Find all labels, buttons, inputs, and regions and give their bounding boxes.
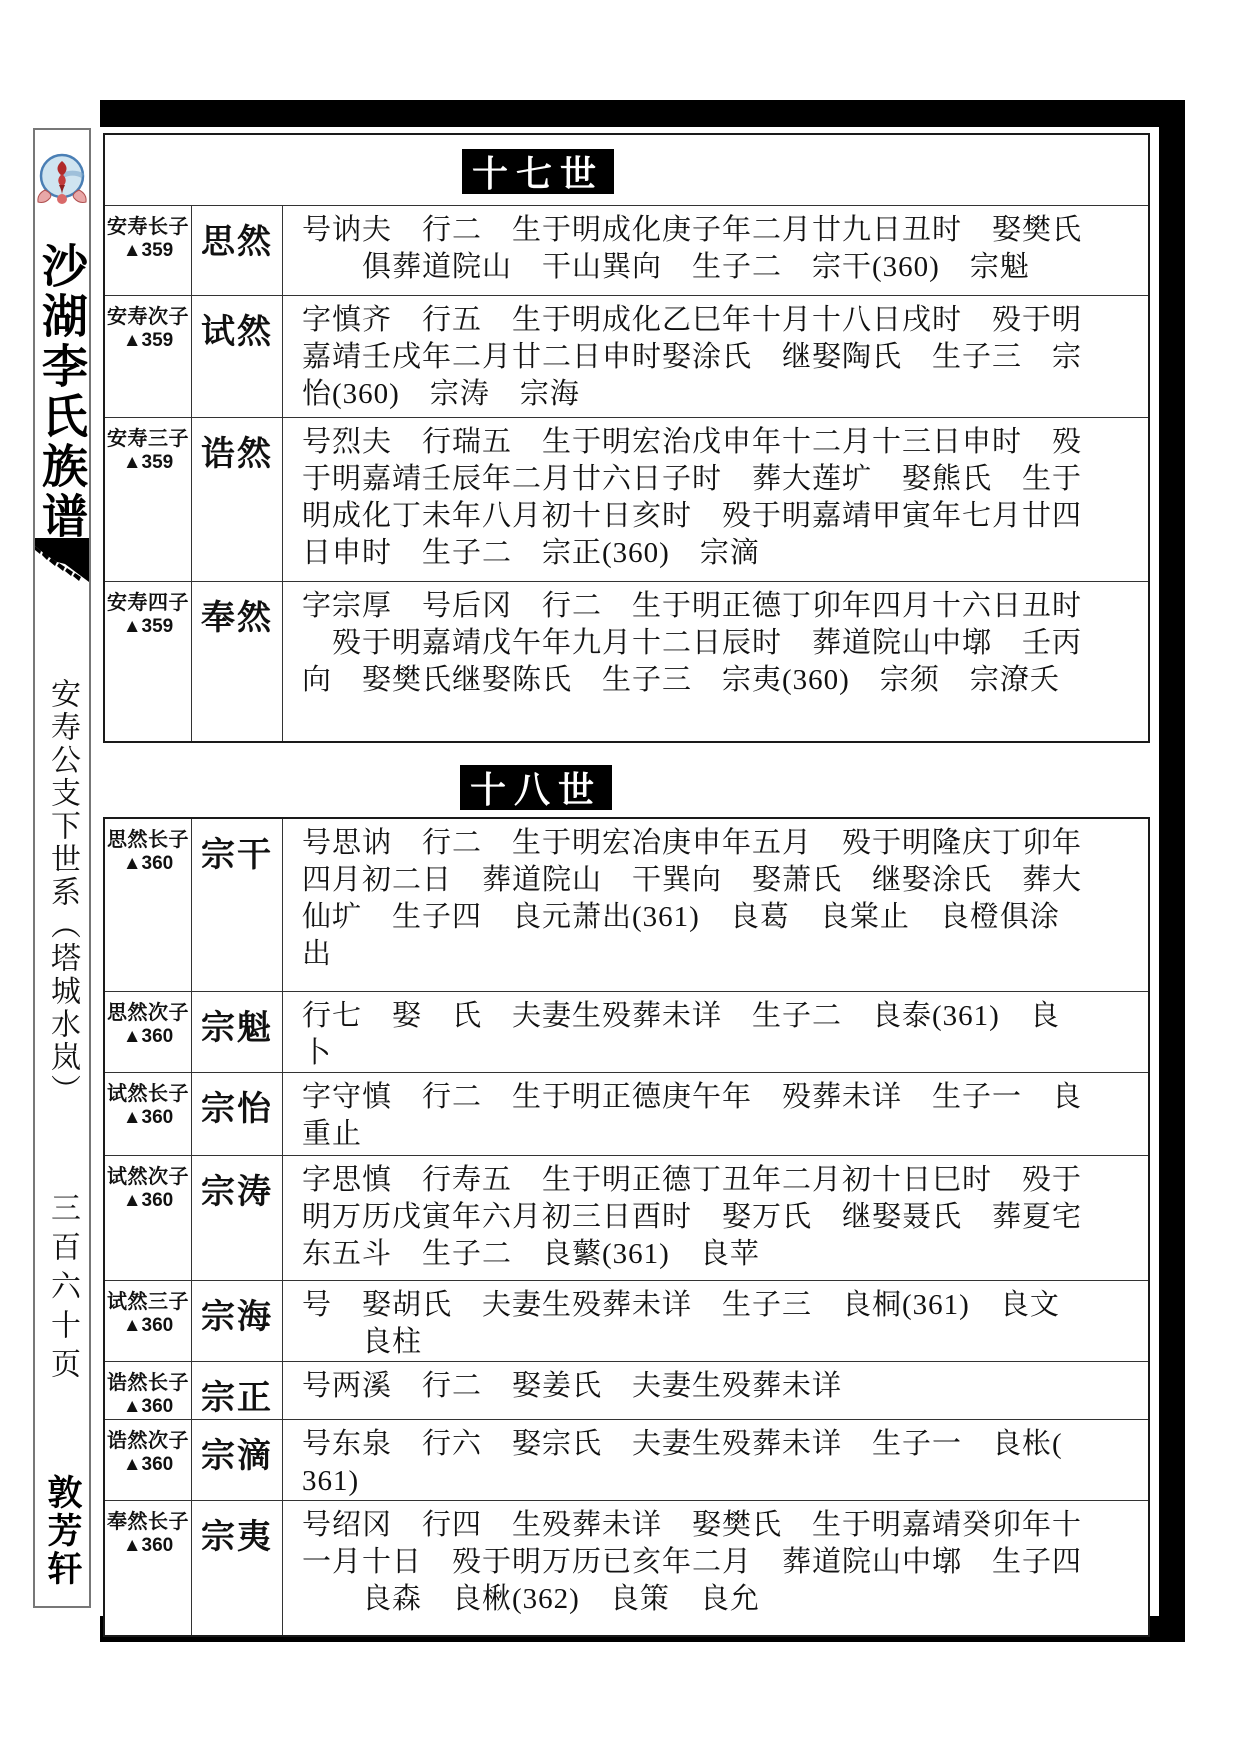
frame-top-bar — [100, 100, 1185, 127]
relation-label: 思然长子 — [105, 828, 191, 852]
person-record: 字宗厚 号后冈 行二 生于明正德丁卯年四月十六日丑时 殁于明嘉靖戊午年九月十二日… — [283, 582, 1148, 741]
person-record: 行七 娶 氏 夫妻生殁葬未详 生子二 良泰(361) 良 卜 — [283, 992, 1148, 1072]
page-ref: ▲359 — [105, 615, 191, 639]
person-record: 号烈夫 行瑞五 生于明宏治戊申年十二月十三日申时 殁 于明嘉靖壬辰年二月廿六日子… — [283, 418, 1148, 581]
table-row: 安寿次子 ▲359 试然 字慎齐 行五 生于明成化乙巳年十月十八日戌时 殁于明 … — [105, 296, 1148, 418]
relation-label: 试然长子 — [105, 1082, 191, 1106]
person-name: 试然 — [192, 296, 283, 417]
relation-label: 试然三子 — [105, 1290, 191, 1314]
person-name: 诰然 — [192, 418, 283, 581]
sidebar: 沙湖李氏族谱 安寿公支下世系（塔城水岚） 三百六十页 敦芳轩 — [33, 128, 91, 1608]
generation-18-table: 思然长子 ▲360 宗干 号思讷 行二 生于明宏冶庚申年五月 殁于明隆庆丁卯年 … — [103, 817, 1150, 1637]
person-record: 号思讷 行二 生于明宏冶庚申年五月 殁于明隆庆丁卯年 四月初二日 葬道院山 干巽… — [283, 819, 1148, 991]
generation-17-heading: 十七世 — [462, 149, 614, 194]
person-name: 宗正 — [192, 1362, 283, 1419]
relation-label: 安寿长子 — [105, 215, 191, 239]
generation-17-table: 十七世 安寿长子 ▲359 思然 号讷夫 行二 生于明成化庚子年二月廿九日丑时 … — [103, 133, 1150, 743]
relation-label: 诰然次子 — [105, 1429, 191, 1453]
relation-label: 安寿四子 — [105, 591, 191, 615]
table-row: 奉然长子 ▲360 宗夷 号绍冈 行四 生殁葬未详 娶樊氏 生于明嘉靖癸卯年十 … — [105, 1501, 1148, 1635]
person-record: 号讷夫 行二 生于明成化庚子年二月廿九日丑时 娶樊氏 俱葬道院山 干山巽向 生子… — [283, 206, 1148, 295]
page-ref: ▲360 — [105, 1106, 191, 1130]
ink-wedge-decoration — [35, 538, 89, 592]
person-name: 宗滴 — [192, 1420, 283, 1500]
person-record: 号两溪 行二 娶姜氏 夫妻生殁葬未详 — [283, 1362, 1148, 1419]
person-name: 宗涛 — [192, 1156, 283, 1280]
person-record: 号东泉 行六 娶宗氏 夫妻生殁葬未详 生子一 良枨( 361) — [283, 1420, 1148, 1500]
lineage-subtitle: 安寿公支下世系（塔城水岚） — [40, 678, 84, 1107]
person-name: 宗海 — [192, 1281, 283, 1361]
book-title: 沙湖李氏族谱 — [29, 242, 95, 542]
table-row: 安寿长子 ▲359 思然 号讷夫 行二 生于明成化庚子年二月廿九日丑时 娶樊氏 … — [105, 206, 1148, 296]
table-row: 诰然次子 ▲360 宗滴 号东泉 行六 娶宗氏 夫妻生殁葬未详 生子一 良枨( … — [105, 1420, 1148, 1501]
page-ref: ▲360 — [105, 1453, 191, 1477]
page-ref: ▲360 — [105, 1025, 191, 1049]
person-name: 宗干 — [192, 819, 283, 991]
table-row: 思然长子 ▲360 宗干 号思讷 行二 生于明宏冶庚申年五月 殁于明隆庆丁卯年 … — [105, 819, 1148, 992]
genealogy-page: 沙湖李氏族谱 安寿公支下世系（塔城水岚） 三百六十页 敦芳轩 十七世 安寿长子 … — [0, 0, 1240, 1754]
relation-label: 思然次子 — [105, 1001, 191, 1025]
page-ref: ▲359 — [105, 329, 191, 353]
generation-18-heading: 十八世 — [460, 765, 612, 810]
person-record: 号 娶胡氏 夫妻生殁葬未详 生子三 良桐(361) 良文 良柱 — [283, 1281, 1148, 1361]
table-row: 试然三子 ▲360 宗海 号 娶胡氏 夫妻生殁葬未详 生子三 良桐(361) 良… — [105, 1281, 1148, 1362]
clan-emblem-icon — [35, 152, 89, 212]
page-ref: ▲360 — [105, 1395, 191, 1419]
page-ref: ▲360 — [105, 1534, 191, 1558]
person-name: 思然 — [192, 206, 283, 295]
page-ref: ▲360 — [105, 852, 191, 876]
frame-right-bar — [1159, 100, 1185, 1642]
table-row: 思然次子 ▲360 宗魁 行七 娶 氏 夫妻生殁葬未详 生子二 良泰(361) … — [105, 992, 1148, 1073]
person-record: 字慎齐 行五 生于明成化乙巳年十月十八日戌时 殁于明 嘉靖壬戌年二月廿二日申时娶… — [283, 296, 1148, 417]
page-ref: ▲359 — [105, 239, 191, 263]
table-row: 安寿四子 ▲359 奉然 字宗厚 号后冈 行二 生于明正德丁卯年四月十六日丑时 … — [105, 582, 1148, 741]
relation-label: 诰然长子 — [105, 1371, 191, 1395]
table-row: 试然长子 ▲360 宗怡 字守慎 行二 生于明正德庚午年 殁葬未详 生子一 良 … — [105, 1073, 1148, 1156]
table-row: 试然次子 ▲360 宗涛 字思慎 行寿五 生于明正德丁丑年二月初十日巳时 殁于 … — [105, 1156, 1148, 1281]
person-name: 宗怡 — [192, 1073, 283, 1155]
table-row: 诰然长子 ▲360 宗正 号两溪 行二 娶姜氏 夫妻生殁葬未详 — [105, 1362, 1148, 1420]
relation-label: 奉然长子 — [105, 1510, 191, 1534]
page-ref: ▲359 — [105, 451, 191, 475]
person-name: 奉然 — [192, 582, 283, 741]
relation-label: 安寿次子 — [105, 305, 191, 329]
generation-17-header-row: 十七世 — [105, 135, 1148, 206]
relation-label: 试然次子 — [105, 1165, 191, 1189]
person-record: 字思慎 行寿五 生于明正德丁丑年二月初十日巳时 殁于 明万历戊寅年六月初三日酉时… — [283, 1156, 1148, 1280]
page-number-label: 三百六十页 — [40, 1192, 84, 1387]
page-ref: ▲360 — [105, 1314, 191, 1338]
person-name: 宗魁 — [192, 992, 283, 1072]
page-ref: ▲360 — [105, 1189, 191, 1213]
studio-name: 敦芳轩 — [37, 1474, 87, 1588]
person-name: 宗夷 — [192, 1501, 283, 1635]
relation-label: 安寿三子 — [105, 427, 191, 451]
table-row: 安寿三子 ▲359 诰然 号烈夫 行瑞五 生于明宏治戊申年十二月十三日申时 殁 … — [105, 418, 1148, 582]
person-record: 字守慎 行二 生于明正德庚午年 殁葬未详 生子一 良 重止 — [283, 1073, 1148, 1155]
person-record: 号绍冈 行四 生殁葬未详 娶樊氏 生于明嘉靖癸卯年十 一月十日 殁于明万历已亥年… — [283, 1501, 1148, 1635]
